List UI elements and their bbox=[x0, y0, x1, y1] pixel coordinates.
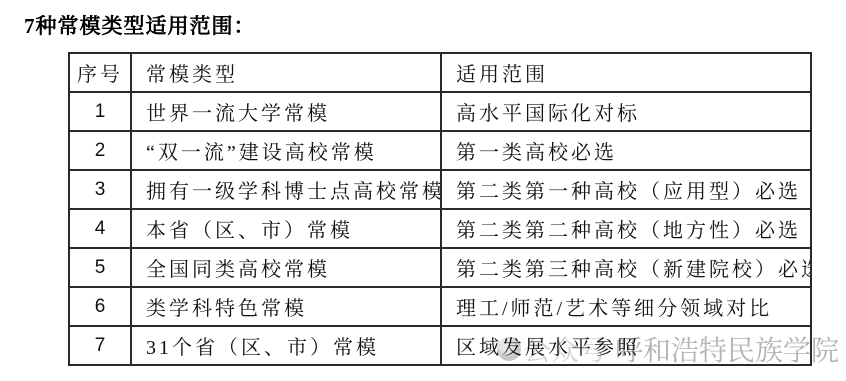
row-index: 5 bbox=[69, 248, 131, 287]
scope-cell: 第二类第三种高校（新建院校）必选 bbox=[441, 248, 811, 287]
norm-type-cell: 拥有一级学科博士点高校常模 bbox=[131, 170, 441, 209]
column-header-norm-type: 常模类型 bbox=[131, 53, 441, 92]
norm-types-table: 序号 常模类型 适用范围 1 世界一流大学常模 高水平国际化对标 2 “双一流”… bbox=[68, 52, 812, 366]
table-row: 4 本省（区、市）常模 第二类第二种高校（地方性）必选 bbox=[69, 209, 811, 248]
scope-cell: 理工/师范/艺术等细分领域对比 bbox=[441, 287, 811, 326]
row-index: 3 bbox=[69, 170, 131, 209]
norm-type-cell: 类学科特色常模 bbox=[131, 287, 441, 326]
table-row: 3 拥有一级学科博士点高校常模 第二类第一种高校（应用型）必选 bbox=[69, 170, 811, 209]
table-header-row: 序号 常模类型 适用范围 bbox=[69, 53, 811, 92]
norm-type-cell: “双一流”建设高校常模 bbox=[131, 131, 441, 170]
column-header-scope: 适用范围 bbox=[441, 53, 811, 92]
table-row: 1 世界一流大学常模 高水平国际化对标 bbox=[69, 92, 811, 131]
scope-cell: 高水平国际化对标 bbox=[441, 92, 811, 131]
scope-cell: 第二类第二种高校（地方性）必选 bbox=[441, 209, 811, 248]
norm-type-cell: 世界一流大学常模 bbox=[131, 92, 441, 131]
row-index: 7 bbox=[69, 326, 131, 365]
row-index: 2 bbox=[69, 131, 131, 170]
scope-cell: 区域发展水平参照 bbox=[441, 326, 811, 365]
scope-cell: 第二类第一种高校（应用型）必选 bbox=[441, 170, 811, 209]
column-header-index: 序号 bbox=[69, 53, 131, 92]
table-row: 6 类学科特色常模 理工/师范/艺术等细分领域对比 bbox=[69, 287, 811, 326]
norm-type-cell: 全国同类高校常模 bbox=[131, 248, 441, 287]
table-row: 5 全国同类高校常模 第二类第三种高校（新建院校）必选 bbox=[69, 248, 811, 287]
table-row: 7 31个省（区、市）常模 区域发展水平参照 bbox=[69, 326, 811, 365]
row-index: 1 bbox=[69, 92, 131, 131]
norm-type-cell: 本省（区、市）常模 bbox=[131, 209, 441, 248]
table-row: 2 “双一流”建设高校常模 第一类高校必选 bbox=[69, 131, 811, 170]
row-index: 4 bbox=[69, 209, 131, 248]
scope-cell: 第一类高校必选 bbox=[441, 131, 811, 170]
row-index: 6 bbox=[69, 287, 131, 326]
page-title: 7种常模类型适用范围： bbox=[24, 10, 256, 40]
norm-type-cell: 31个省（区、市）常模 bbox=[131, 326, 441, 365]
